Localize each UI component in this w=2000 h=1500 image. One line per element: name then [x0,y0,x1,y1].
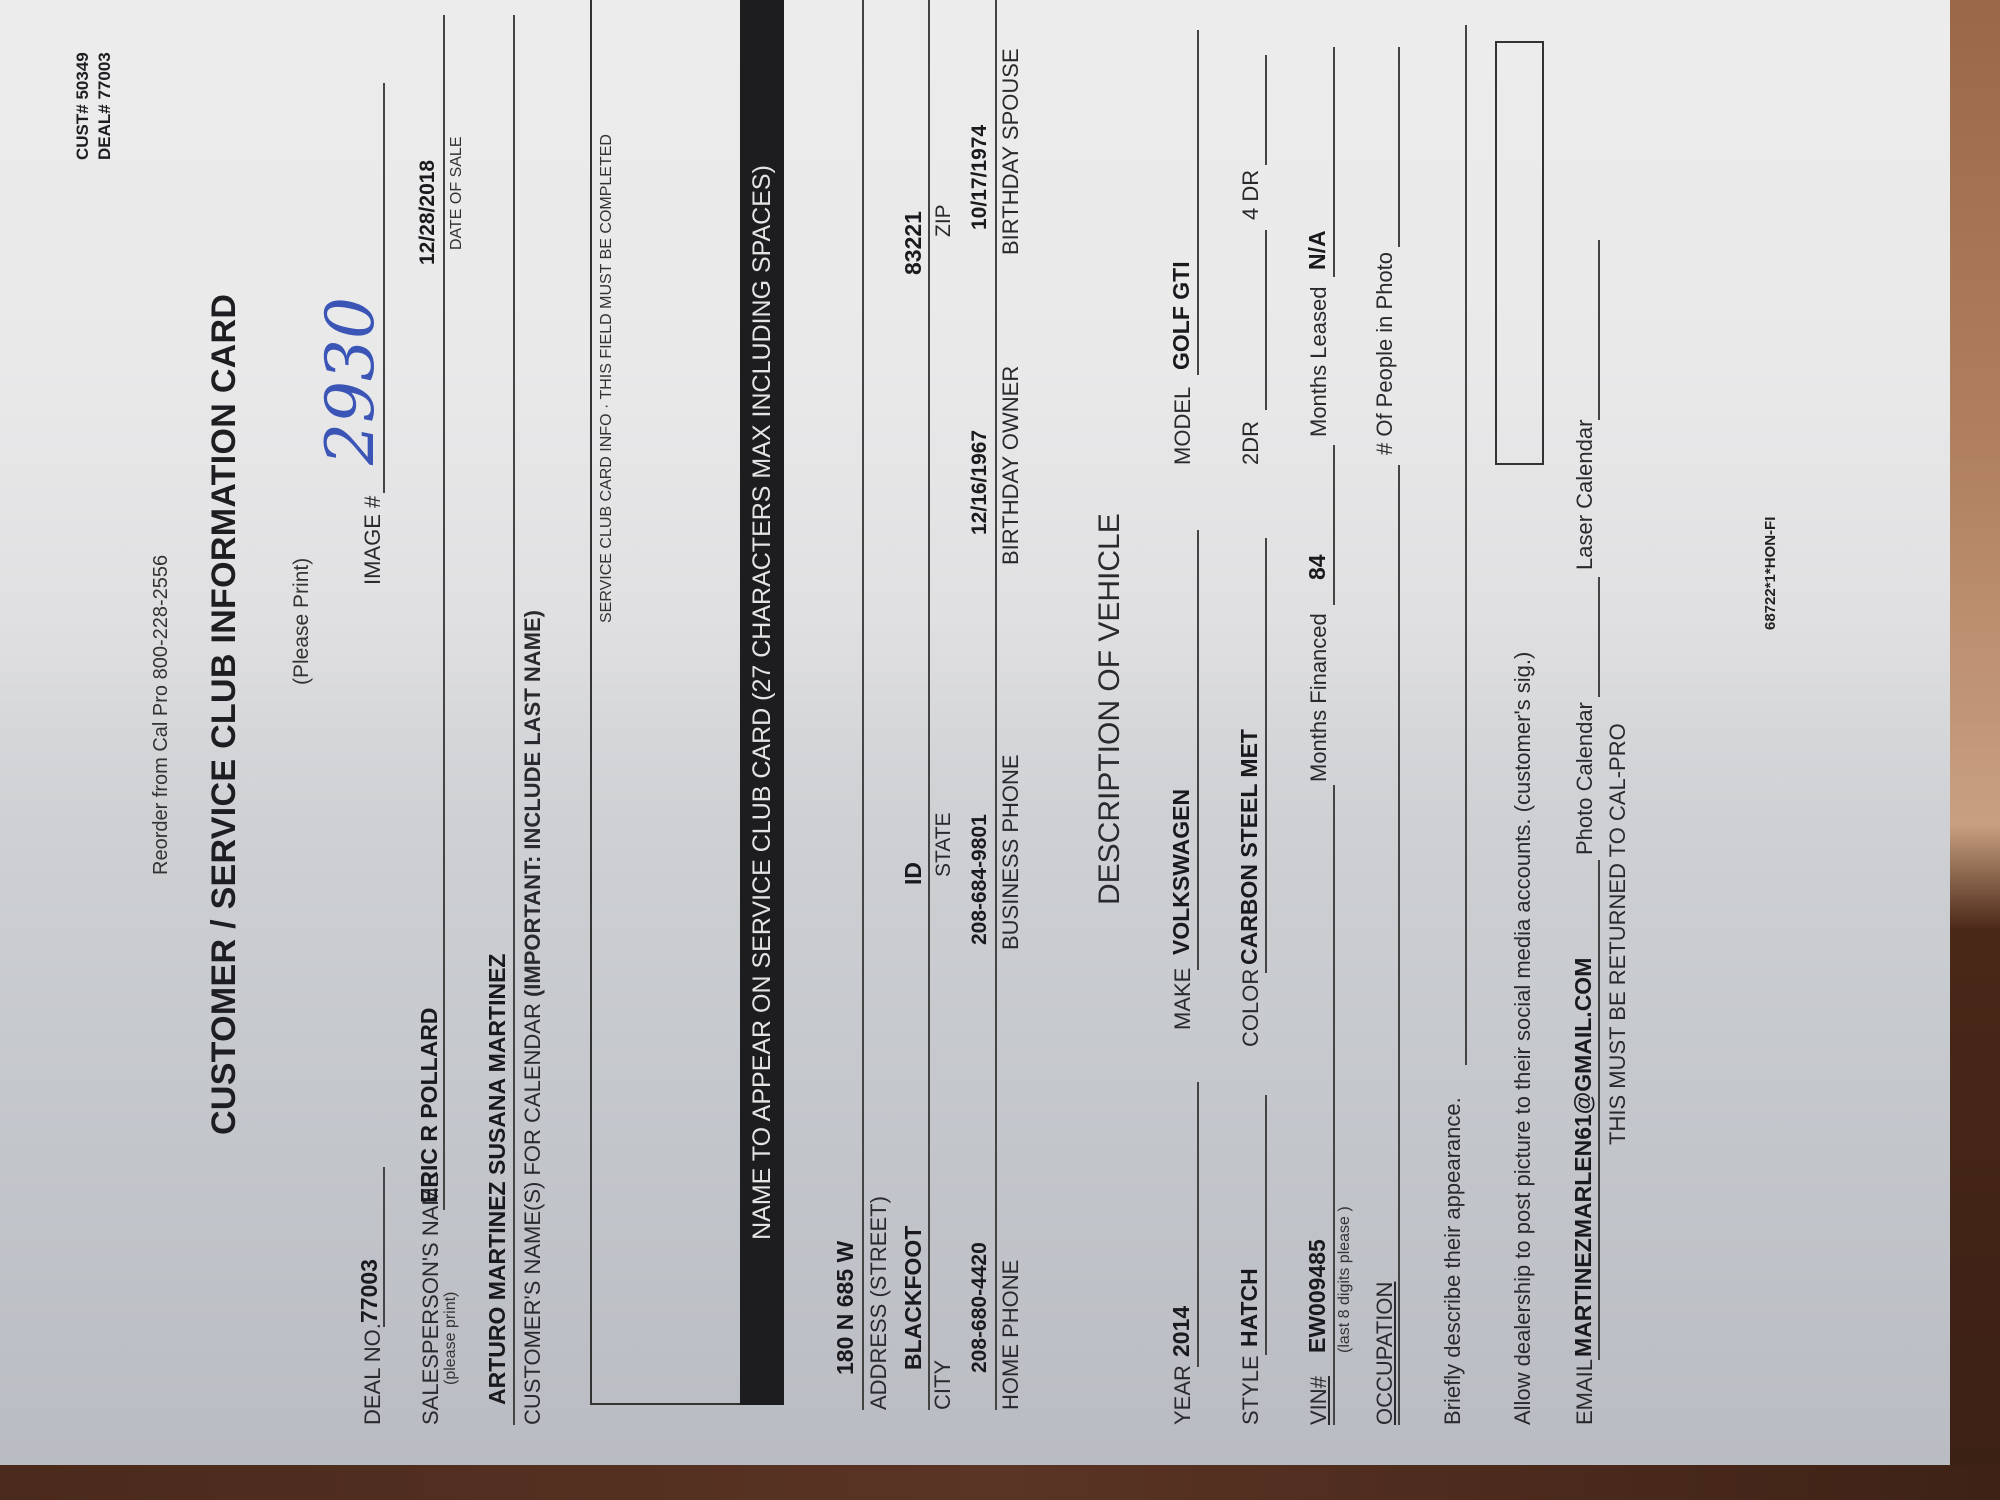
occupation-line[interactable] [1398,465,1400,1425]
image-no-label: IMAGE # [360,496,386,585]
two-door-label: 2DR [1238,421,1264,465]
home-phone-label: HOME PHONE [998,1260,1024,1410]
laser-calendar-line[interactable] [1598,240,1600,420]
date-of-sale-label: DATE OF SALE [448,136,466,250]
email-value[interactable]: MARTINEZMARLEN61@GMAIL.COM [1570,958,1597,1357]
two-door-line[interactable] [1265,230,1267,410]
name-on-card-bar: NAME TO APPEAR ON SERVICE CLUB CARD (27 … [740,0,784,1405]
color-label: COLOR [1238,969,1264,1047]
business-phone-label: BUSINESS PHONE [998,754,1024,950]
describe-appearance-line[interactable] [1465,25,1467,1065]
table-surface-right [1950,0,2000,1500]
state-value[interactable]: ID [900,862,927,885]
reorder-note: Reorder from Cal Pro 800-228-2556 [150,555,173,875]
vehicle-section-heading: DESCRIPTION OF VEHICLE [1093,513,1127,905]
four-door-line[interactable] [1265,55,1267,165]
customer-deal-ids: CUST# 50349 DEAL# 77003 [72,52,116,160]
months-leased-line [1333,47,1335,277]
model-line [1197,30,1199,375]
customer-names-value[interactable]: ARTURO MARTINEZ SUSANA MARTINEZ [484,954,511,1405]
birthday-spouse-label: BIRTHDAY SPOUSE [998,48,1024,255]
months-leased-label: Months Leased [1306,287,1332,437]
vin-value[interactable]: EW009485 [1304,1239,1331,1353]
customer-names-line [513,15,515,1425]
salesperson-line [443,15,445,1210]
salesperson-value[interactable]: ERIC R POLLARD [416,1008,443,1204]
address-label: ADDRESS (STREET) [866,1196,892,1410]
birthday-owner-label: BIRTHDAY OWNER [998,366,1024,565]
people-in-photo-label: # Of People in Photo [1372,252,1398,455]
months-financed-value[interactable]: 84 [1304,554,1331,580]
people-in-photo-line[interactable] [1398,47,1400,247]
social-media-permission-label: Allow dealership to post picture to thei… [1510,652,1536,1425]
state-label: STATE [932,812,956,877]
city-label: CITY [930,1360,956,1410]
email-label: EMAIL [1572,1359,1598,1425]
make-label: MAKE [1170,968,1196,1030]
home-phone-value[interactable]: 208-680-4420 [968,1242,992,1373]
image-no-line [383,83,385,493]
address-line [862,0,864,1410]
address-value[interactable]: 180 N 685 W [832,1241,859,1375]
color-value[interactable]: CARBON STEEL MET [1236,729,1263,965]
salesperson-sub-label: (please print) [442,1292,460,1385]
occupation-label: OCCUPATION [1372,1282,1398,1425]
deal-no-value[interactable]: 77003 [356,1259,383,1323]
vin-line [1333,785,1335,1425]
months-leased-value[interactable]: N/A [1304,230,1331,270]
photo-calendar-line[interactable] [1598,577,1600,697]
customer-names-label-important: (IMPORTANT: INCLUDE LAST NAME) [520,610,545,997]
zip-value[interactable]: 83221 [900,211,927,275]
please-print-note: (Please Print) [290,558,314,685]
year-label: YEAR [1170,1365,1196,1425]
image-no-handwritten-value[interactable]: 2930 [312,297,389,465]
laser-calendar-label: Laser Calendar [1572,420,1598,570]
style-value[interactable]: HATCH [1236,1268,1263,1347]
return-note: THIS MUST BE RETURNED TO CAL-PRO [1605,723,1631,1145]
photo-calendar-label: Photo Calendar [1572,702,1598,855]
deal-no-line [383,1167,385,1327]
city-state-zip-line [928,0,930,1410]
make-value[interactable]: VOLKSWAGEN [1168,789,1195,955]
phones-line [995,0,997,1410]
birthday-owner-value[interactable]: 12/16/1967 [968,430,992,535]
email-line [1598,860,1600,1360]
deal-number: DEAL# 77003 [94,52,116,160]
style-line [1265,1095,1267,1355]
months-financed-line [1333,445,1335,605]
describe-appearance-label: Briefly describe their appearance. [1440,1097,1466,1425]
months-financed-label: Months Financed [1306,613,1332,782]
birthday-spouse-value[interactable]: 10/17/1974 [968,125,992,230]
business-phone-value[interactable]: 208-684-9801 [968,814,992,945]
form-code: 68722*1*HON-FI [1762,517,1779,630]
make-line [1197,530,1199,970]
zip-label: ZIP [932,204,956,237]
deal-no-label: DEAL NO. [360,1323,386,1425]
form-title: CUSTOMER / SERVICE CLUB INFORMATION CARD [205,294,244,1135]
style-label: STYLE [1238,1355,1264,1425]
date-of-sale-value[interactable]: 12/28/2018 [416,160,440,265]
customer-names-label-text: CUSTOMER'S NAME(S) FOR CALENDAR [520,1003,545,1425]
color-line [1265,538,1267,973]
table-surface-bottom [0,1465,2000,1500]
service-club-box-note: SERVICE CLUB CARD INFO · THIS FIELD MUST… [598,134,616,623]
vin-sub-label: (last 8 digits please ) [1336,1206,1354,1353]
model-label: MODEL [1170,387,1196,465]
cust-number: CUST# 50349 [72,52,94,160]
model-value[interactable]: GOLF GTI [1168,261,1195,370]
vin-label: VIN# [1306,1376,1332,1425]
city-value[interactable]: BLACKFOOT [900,1226,927,1370]
year-value[interactable]: 2014 [1168,1306,1195,1357]
salesperson-label: SALESPERSON'S NAME [418,1173,444,1425]
customer-signature-box[interactable] [1495,41,1544,465]
year-line [1197,1082,1199,1367]
four-door-label: 4 DR [1238,170,1264,220]
service-club-information-card: CUST# 50349 DEAL# 77003 Reorder from Cal… [0,0,1950,1465]
customer-names-label: CUSTOMER'S NAME(S) FOR CALENDAR (IMPORTA… [520,610,546,1425]
service-club-card-box[interactable]: SERVICE CLUB CARD INFO · THIS FIELD MUST… [590,0,744,1405]
